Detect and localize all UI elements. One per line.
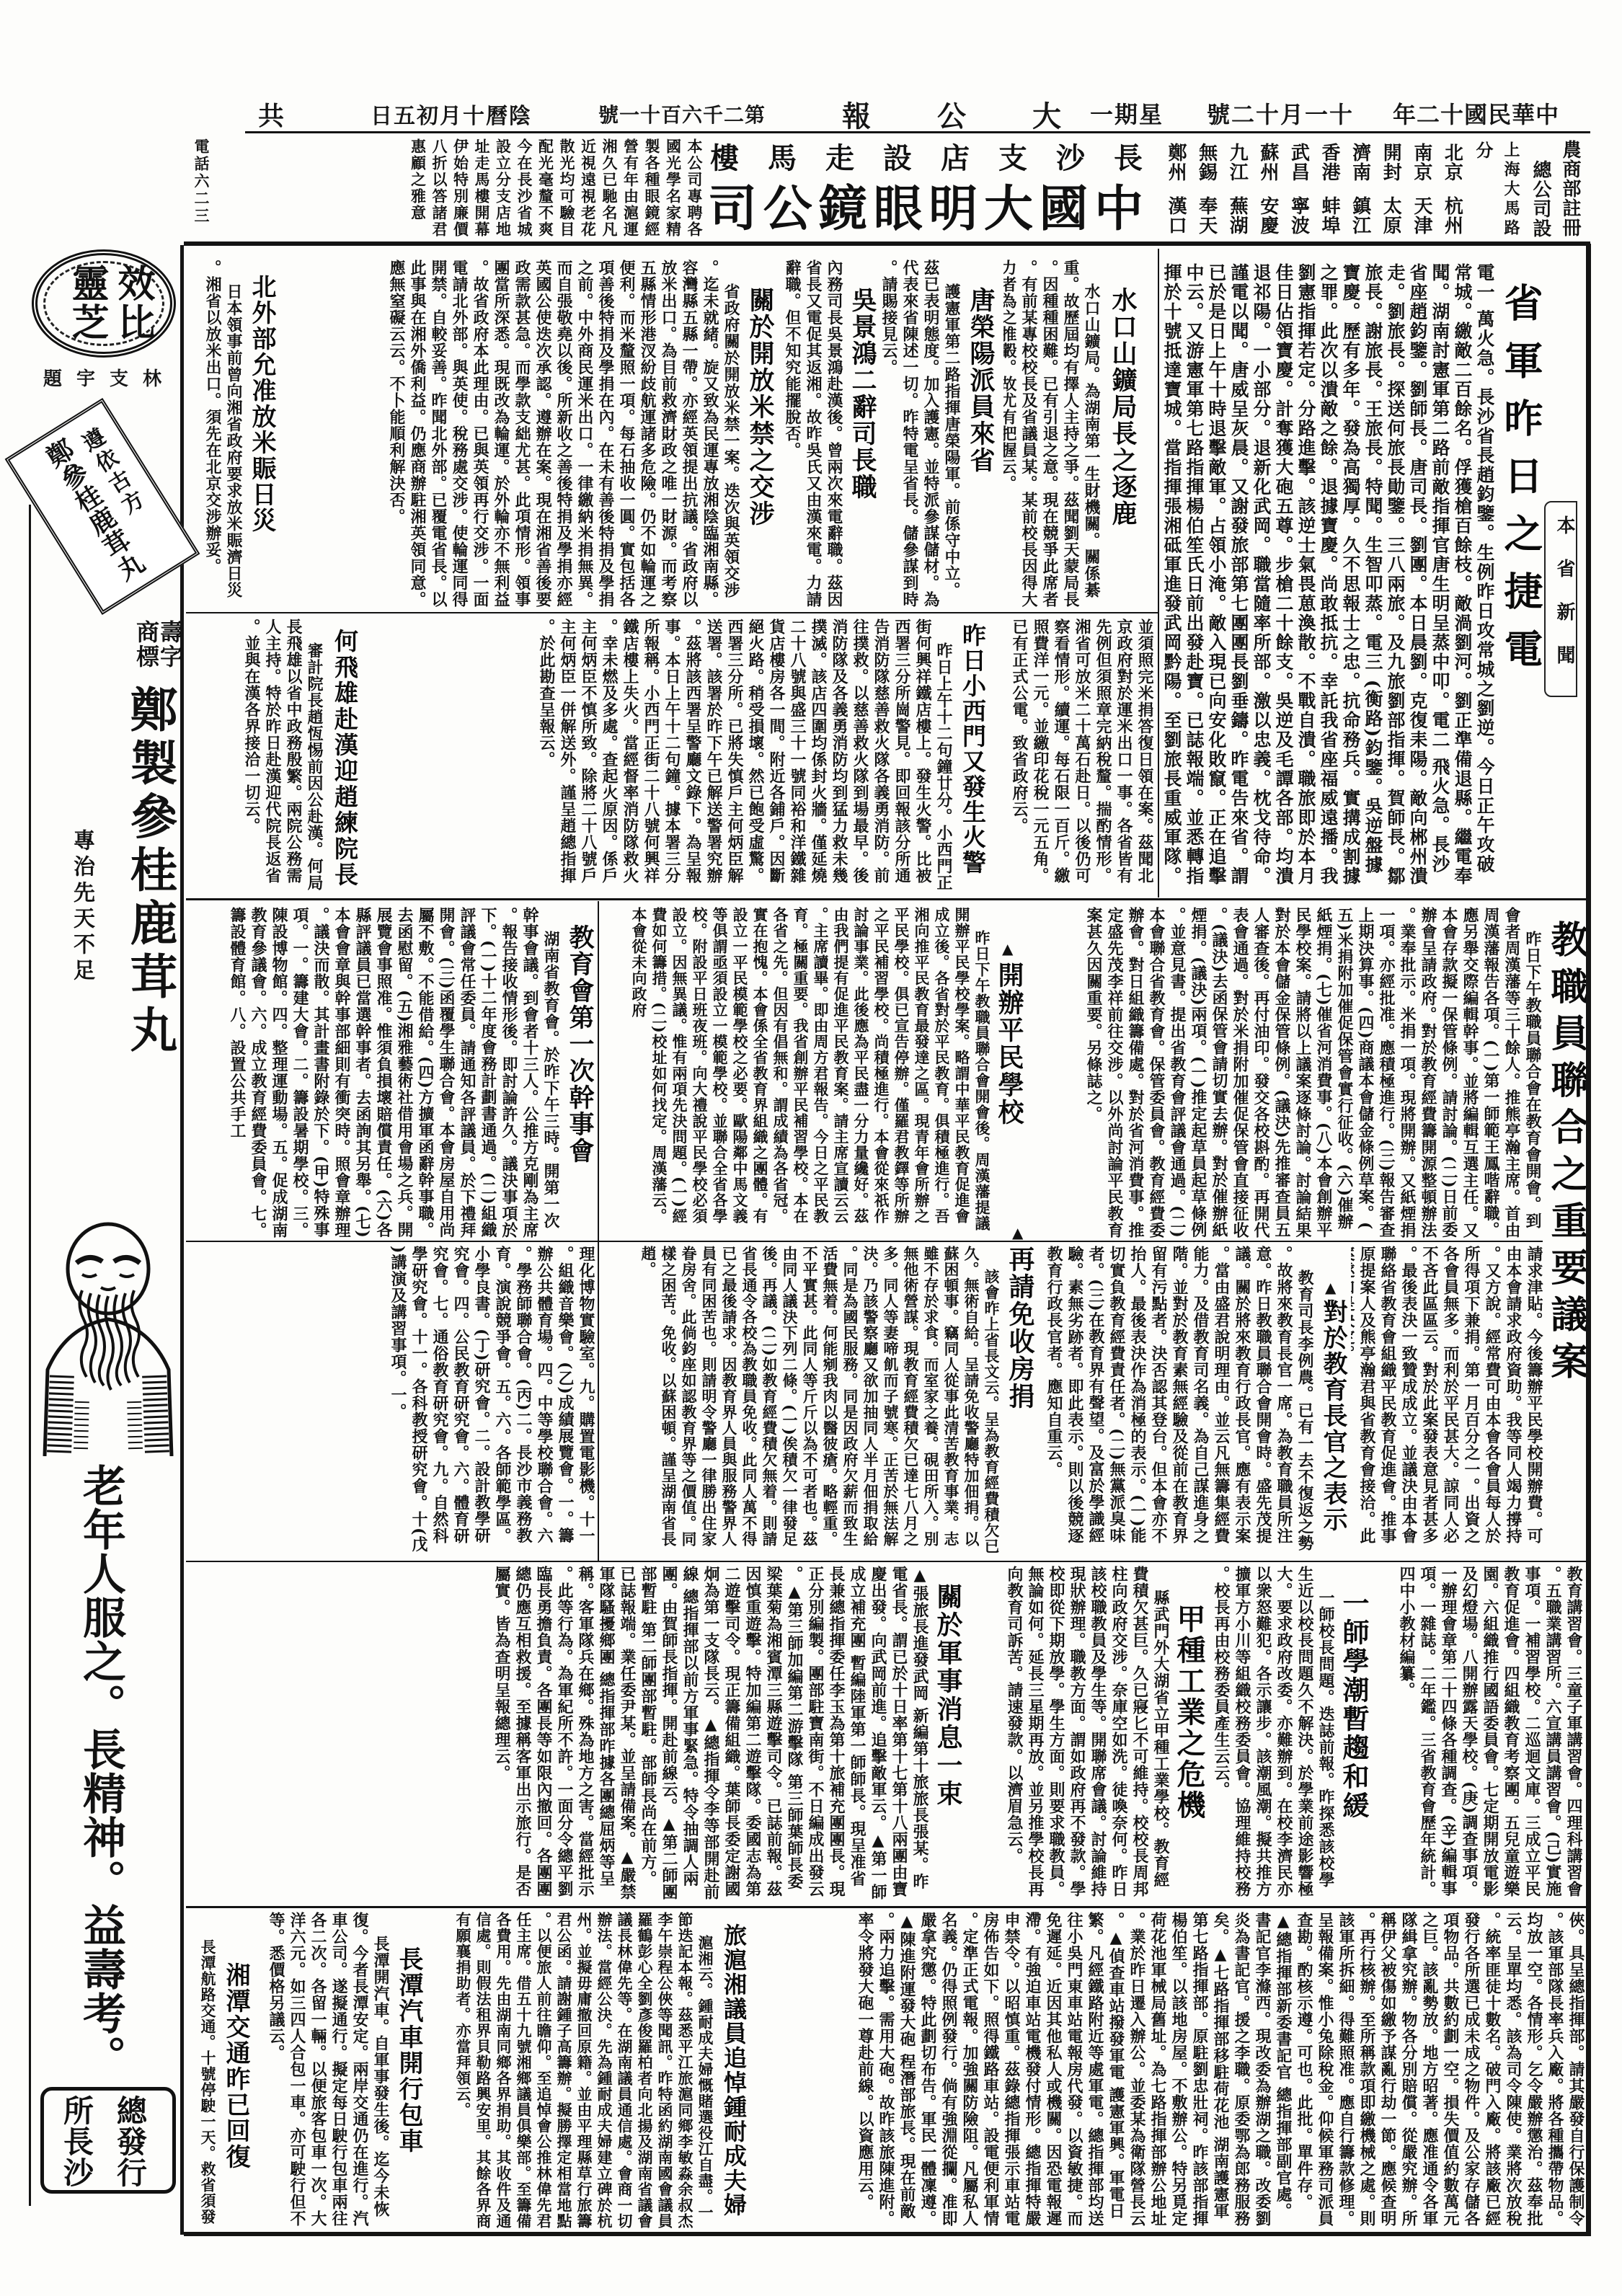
city-name: 香港 (1319, 143, 1340, 182)
tilted-product-box: 遵依古方 鄭參桂鹿茸丸 (5, 398, 200, 615)
distributor-box: 總發行所長沙 (40, 2087, 176, 2194)
ad-body-text: 本公司專聘各國光學名家精製各種眼鏡經營有年由滬運湘久已馳名凡近視遠視老花散光均可… (215, 138, 705, 241)
city-column: 濟南鎮江 (1345, 140, 1376, 241)
seal-text: 效比靈芝 (63, 264, 156, 345)
masthead-char-3: 報 (842, 94, 871, 135)
article-body-tang-envoy: 護憲軍第二路指揮唐榮陽軍。前係守中立。茲已表明態度。加入護憲。並特派參謀儲材。為… (879, 260, 962, 608)
ad-head-office-label: 總公司設 (1528, 160, 1553, 241)
triangle-marker-icon: ▲ (1325, 1279, 1336, 1296)
masthead-char-1: 大 (1032, 94, 1061, 135)
headline-fire-xiximen: 昨日小西門又發生火警 (956, 623, 989, 875)
city-name: 九江 (1226, 143, 1248, 182)
city-column: 九江蕪湖 (1222, 140, 1253, 241)
article-body-fire-xiximen: 昨日上午十二句鐘廿分。小西門正街何興祥鐵店樓上。發生火警。比被西署三分所崗警見。… (365, 619, 954, 895)
ad-band-bottom-rule (184, 241, 1590, 246)
ad-branches-label: 分號 (1471, 141, 1495, 242)
headline-xiangtan-traffic-restored: 湘潭交通昨已回復 (220, 1962, 252, 2170)
product-name: 鄭製參桂鹿茸丸 (121, 685, 179, 1103)
article-continuation-commoners-school: 請求津貼。今後籌辦平民學校開辦費。可由本會請求政府資助。我等同人竭力撐持。又方說… (1351, 1246, 1544, 1559)
side-ad-left-border (29, 505, 31, 2206)
ad-company-title: 中國大明眼鏡公司 (708, 170, 1145, 240)
article-body-changtan-bus-charter: 長潭開汽車。自軍事發生後。迄今未恢復。今者長潭安定。兩岸交通仍在進行。汽車公司。… (252, 1912, 391, 2229)
dateline-date: 十一月十二號 (1201, 97, 1354, 130)
city-column: 開封太原 (1375, 140, 1406, 241)
article-continuation-education-association-plan: 教育講習會。三童子軍講習會。四理科講習會。五職業講習所。六宣講員講習會。(己)實… (1378, 1566, 1584, 1903)
headline-teachers-union-motions: 教職員聯合之重要議案 (1546, 920, 1586, 1388)
city-column: 南京天津 (1406, 140, 1437, 241)
ad-phone-number: 電話六二三號 (189, 138, 212, 241)
column-rule-horizontal (186, 1906, 1587, 1908)
headline-education-chief-stance: 對於教育長官之表示 (1316, 1299, 1350, 1533)
page-right-border (1586, 244, 1591, 2236)
trademark-label: 壽字商標 (134, 620, 182, 672)
headline-memorial-zhong-couple: 旅滬湘議員追悼鍾耐成夫婦 (717, 1923, 750, 2217)
headline-wu-resignation: 吳景鴻二辭司長職 (846, 287, 879, 500)
triangle-marker-icon: ▲ (1012, 1224, 1023, 1241)
article-body-military-news: ▲張旅長進發武岡 新編第十旅旅長張某。昨電省長。謂已於十日率第十七第十八兩團由寶… (189, 1566, 930, 1903)
article-body-commoners-school: 昨日下午教職員聯合會開會後。周漢藩提議開辦平民學校學案。略謂中華平民教育促進會成… (601, 907, 992, 1238)
city-name: 開封 (1380, 143, 1401, 182)
headline-education-association-meeting: 教育會第一次幹事會 (563, 924, 596, 1164)
headline-commoners-school: 開辦平民學校 (993, 962, 1025, 1126)
dateline-lunar-date: 陰曆十月初五日 (369, 98, 532, 130)
column-rule-horizontal (186, 1561, 1587, 1562)
headline-house-tax-exemption: 再請免收房捐 (1003, 1246, 1037, 1410)
dateline-issue-number: 第二千六百十一號 (595, 99, 766, 128)
seal-inscription: 林支宇題 (42, 364, 176, 391)
masthead-char-2: 公 (937, 94, 966, 135)
city-name: 太原 (1380, 196, 1401, 235)
article-body-army-victory-telegrams: 電一 萬火急。長沙省長趙鈞鑒。生例昨日攻常城之劉逆。今日正午攻破常城。繳敵二百餘… (1163, 263, 1496, 893)
city-name: 北京 (1441, 143, 1463, 182)
triangle-marker-icon: ▲ (1002, 940, 1013, 957)
city-name: 蚌埠 (1319, 196, 1340, 235)
city-column: 無錫奉天 (1192, 140, 1223, 241)
column-rule-horizontal (186, 1241, 1543, 1242)
city-column: 北京杭州 (1437, 140, 1468, 241)
city-name: 武昌 (1288, 143, 1309, 182)
masthead-rule (245, 131, 1590, 133)
article-body-wu-resignation: 內務司長吳景鴻赴漢後。曾兩次來電辭職。茲因省長又電促其返湘。故昨吳氏又由漢來電。… (776, 260, 844, 608)
article-body-teachers-union-motions: 昨日下午教職員聯合會在教育會開會。到會者周漢藩等三十餘人。推熊亭瀚主席。首由周漢… (1027, 907, 1543, 1238)
column-rule-vertical (1158, 249, 1159, 897)
dateline-sheet-count: 共 (258, 96, 284, 133)
city-name: 天津 (1411, 196, 1432, 235)
city-column: 蘇州安慶 (1253, 140, 1284, 241)
city-name: 寧波 (1288, 196, 1309, 235)
column-rule-horizontal (186, 898, 1587, 900)
headline-industrial-school-crisis: 甲種工業之危機 (1172, 1604, 1205, 1821)
ad-registration-note: 農商部註冊 (1557, 140, 1583, 242)
city-name: 蘇州 (1257, 143, 1279, 182)
page-bottom-border (184, 2232, 1591, 2236)
dateline-roc-year: 中華民國十二年 (1390, 97, 1559, 130)
article-continuation-education-association-meeting: 理化博物實驗室。九。購置電影機。十一。組織音樂會。(乙)成績展覽會。一。籌辦公共… (189, 1246, 596, 1559)
article-body-he-feixiong: 審計院長趙恆惕前因公赴漢。何局長飛雄以省中政務殷繁。兩院公務需人主持。特於昨日赴… (189, 619, 324, 895)
old-man-illustration (37, 1218, 179, 1456)
section-label-box: 本省新聞 (1544, 501, 1577, 697)
headline-rice-embargo: 關於開放米禁之交涉 (743, 287, 776, 527)
article-continuation-rice-relief-japan: 並須照完米捐答復日領在案。茲聞北京政府對於運米出口一事。各省皆有先例但須照章完納… (996, 619, 1155, 895)
city-name: 蕪湖 (1226, 196, 1248, 235)
column-rule-horizontal (186, 612, 1158, 613)
article-continuation-military-news: 俠。具呈總指揮部。請其嚴發自行保護制令。該軍部隊長率兵入廠。將各種攜帶物品。均放… (753, 1912, 1586, 2229)
article-body-education-chief-stance: 教育司長李例農。已有一去不復返之勢。故將來教育長官一席。為教育職員所注意。昨日教… (1041, 1246, 1315, 1559)
city-name: 無錫 (1196, 143, 1218, 182)
article-body-rice-relief-japan: 日本領事前曾向湘省政府要求放米賑濟日災。湘省以放米出口。須先在北京交涉辦妥。 (189, 260, 244, 608)
product-slogan: 老年人服之。長精神。益壽考。 (66, 1463, 136, 2083)
ad-branch-city-list: 北京杭州 南京天津 開封太原 濟南鎮江 香港蚌埠 武昌寧波 蘇州安慶 九江蕪湖 … (1161, 140, 1468, 241)
product-indication: 專治先天不足 (66, 829, 97, 995)
headline-military-news: 關於軍事消息一束 (931, 1583, 965, 1808)
article-body-rice-embargo: 省政府關於開放米禁一案。迭次與英領交涉。迄未就緒。旋又致為民運專放湘陰臨湘南縣。… (283, 260, 741, 608)
product-seal-emblem: 效比靈芝 (32, 249, 176, 358)
city-name: 奉天 (1196, 196, 1218, 235)
dateline-weekday: 星期一 (1086, 97, 1164, 130)
city-name: 鎮江 (1350, 196, 1371, 235)
section-label: 本省新聞 (1551, 515, 1578, 688)
city-column: 鄭州漢口 (1161, 140, 1192, 241)
city-name: 濟南 (1350, 143, 1371, 182)
article-body-industrial-school-crisis: 縣武門外大湖省立甲種工業學校。教育經費積欠甚巨。久已寢匕不可維持。校校長周邦柱向… (966, 1566, 1171, 1903)
headline-shuikoushan-mine: 水口山鑛局長之逐鹿 (1106, 287, 1139, 527)
headline-he-feixiong: 何飛雄赴漢迎趙練院長 (328, 629, 361, 888)
city-name: 安慶 (1257, 196, 1279, 235)
column-rule-vertical (598, 901, 599, 1561)
ad-head-office-address: 上海大馬路 (1499, 141, 1523, 242)
headline-rice-relief-japan: 北外部允准放米賑日災 (245, 274, 278, 533)
article-body-xiangtan-traffic-restored: 長潭航路交通。十號停駛一天。救省須發 (190, 1939, 218, 2229)
article-body-first-normal-school: 一師校長問題。迭誌前報。昨探悉該校學生近以校長問題久不解決。於學業前途影響極大。… (1213, 1566, 1336, 1903)
headline-tang-envoy: 唐榮陽派員來省 (964, 287, 997, 474)
article-body-memorial-zhong-couple: 滬湘云。鍾耐成夫婦慨賭選役江自盡。一節迭記本報。茲悉平江旅滬同鄉李敏淼余叔杰李午… (425, 1912, 715, 2229)
article-body-shuikoushan-mine: 水口山鑛局。為湖南第一生財機關。關係綦重。故歷屆均有擇人主持之爭。茲聞劉天蒙局長… (1003, 260, 1102, 608)
article-body-house-tax-exemption: 該會昨上省長文云。呈為教育經費積欠已久。無術自給。呈請免收警廳特加佃捐。以蘇困頓… (601, 1246, 1001, 1559)
city-column: 武昌寧波 (1283, 140, 1314, 241)
headline-first-normal-school: 一師學潮暫趨和緩 (1337, 1590, 1370, 1820)
city-name: 南京 (1411, 143, 1432, 182)
headline-army-victory-telegrams: 省軍昨日之捷電 (1499, 283, 1543, 686)
newspaper-page: 中華民國十二年 十一月十二號 星期一 大 公 報 第二千六百十一號 陰曆十月初五… (0, 0, 1622, 2296)
city-name: 鄭州 (1165, 143, 1187, 182)
city-name: 杭州 (1441, 196, 1463, 235)
article-body-education-association-meeting: 湖南省教育會。於昨下午三時。開第一次幹事會議。到會者十三人。公推方克剛為主席。報… (189, 907, 561, 1238)
distributor-text: 總發行所長沙 (50, 2095, 156, 2190)
city-name: 漢口 (1165, 196, 1187, 235)
headline-changtan-bus-charter: 長潭汽車開行包車 (393, 1946, 425, 2154)
city-column: 香港蚌埠 (1314, 140, 1345, 241)
